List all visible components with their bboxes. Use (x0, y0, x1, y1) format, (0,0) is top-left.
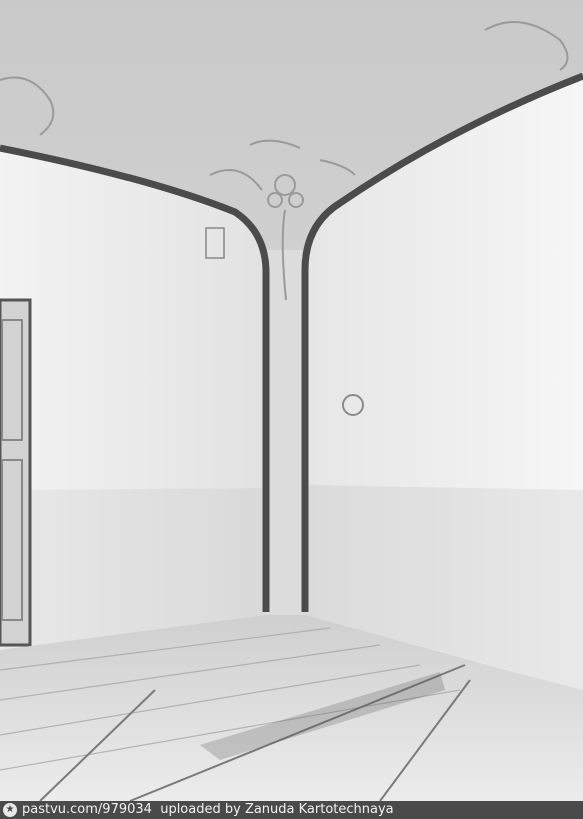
watermark-banner: pastvu.com/979034 uploaded by Zanuda Kar… (0, 801, 583, 819)
photo-link[interactable]: pastvu.com/979034 (22, 802, 152, 817)
corner-column (266, 250, 305, 615)
doorway (0, 300, 30, 645)
uploader-credit: uploaded by Zanuda Kartotechnaya (160, 802, 393, 817)
room-photo (0, 0, 583, 801)
pastvu-logo-icon (3, 803, 17, 817)
photo-viewer: pastvu.com/979034 uploaded by Zanuda Kar… (0, 0, 583, 819)
